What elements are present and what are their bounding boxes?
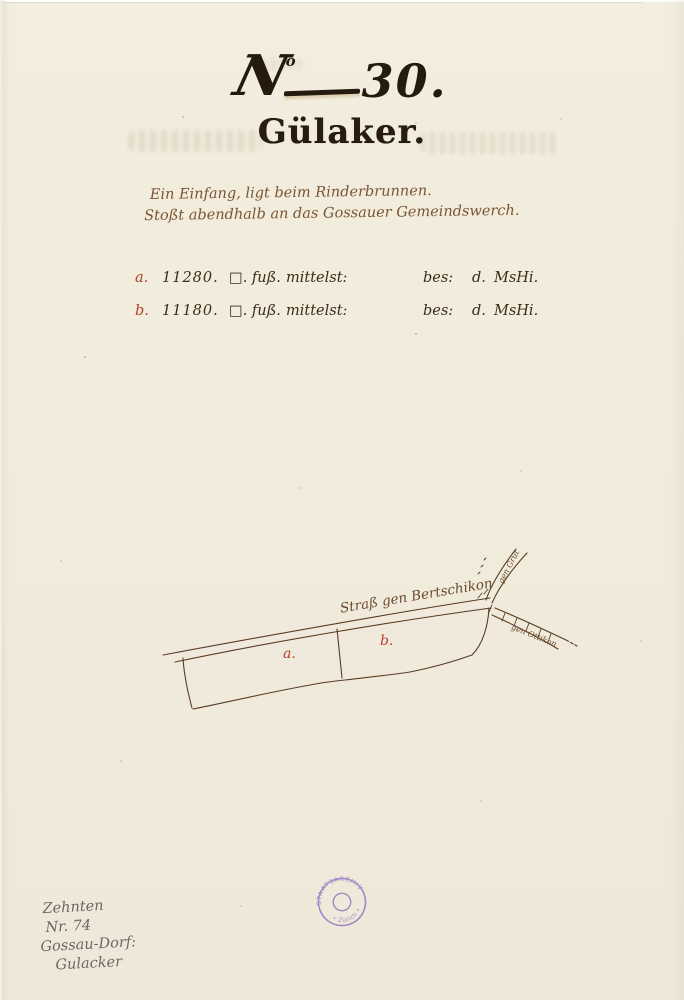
parcel-letter: b. — [135, 303, 149, 319]
parcel-owner-prefix: bes: — [423, 303, 453, 319]
parcel-quality: mittelst: — [286, 270, 347, 286]
description-block: Ein Einfang, ligt beim Rinderbrunnen. St… — [150, 179, 581, 227]
parcel-area-value: 11280. — [162, 270, 219, 286]
parcel-owner-particle: d. — [472, 303, 486, 319]
lower-branch-tail — [566, 640, 577, 646]
parcel-plan-sketch: Straß gen Bertschikon gen Grüt gen Ottik… — [160, 538, 600, 718]
paper-specks — [0, 0, 2, 2]
parcel-divider-a-b — [337, 629, 342, 678]
parcel-area-value: 11180. — [162, 303, 219, 319]
title-underline-flourish — [284, 89, 360, 97]
archive-stamp: STAATSARCHIV • Zürich • — [314, 874, 370, 930]
plan-number-title: N o 30. — [0, 48, 684, 104]
parcel-a-label: a. — [283, 646, 296, 662]
parcel-owner-abbr: MsHi. — [494, 303, 538, 319]
pencil-catalog-note: Zehnten Nr. 74 Gossau-Dorf: Gulacker — [30, 895, 137, 976]
parcel-row-a: a. 11280. □. fuß. mittelst: bes: d. MsHi… — [135, 270, 575, 292]
stamp-inner-circle — [331, 891, 353, 913]
upper-branch-label: gen Grüt — [496, 548, 521, 585]
parcel-owner-prefix: bes: — [423, 270, 453, 286]
parcel-bottom-edge — [193, 655, 472, 709]
field-name-heading: Gülaker. — [0, 112, 684, 152]
scanned-paper-sheet: N o 30. Gülaker. Ein Einfang, ligt beim … — [0, 0, 684, 1000]
parcel-left-edge — [183, 658, 192, 708]
parcel-owner-particle: d. — [472, 270, 486, 286]
stamp-rotated-group: STAATSARCHIV • Zürich • — [314, 874, 370, 930]
parcel-b-label: b. — [380, 633, 393, 649]
plan-number-value: 30. — [362, 58, 448, 104]
parcel-row-b: b. 11180. □. fuß. mittelst: bes: d. MsHi… — [135, 303, 575, 325]
parcel-quality: mittelst: — [286, 303, 347, 319]
parcel-area-unit: □. fuß. — [229, 303, 281, 319]
parcel-area-unit: □. fuß. — [229, 270, 281, 286]
paper-edge-line — [0, 2, 644, 3]
pencil-note-line: Gulacker — [55, 952, 138, 975]
parcel-letter: a. — [135, 270, 148, 286]
parcel-owner-abbr: MsHi. — [494, 270, 538, 286]
road-upper-edge — [163, 598, 490, 655]
parcel-right-edge — [472, 608, 489, 655]
road-lower-edge — [175, 608, 491, 662]
